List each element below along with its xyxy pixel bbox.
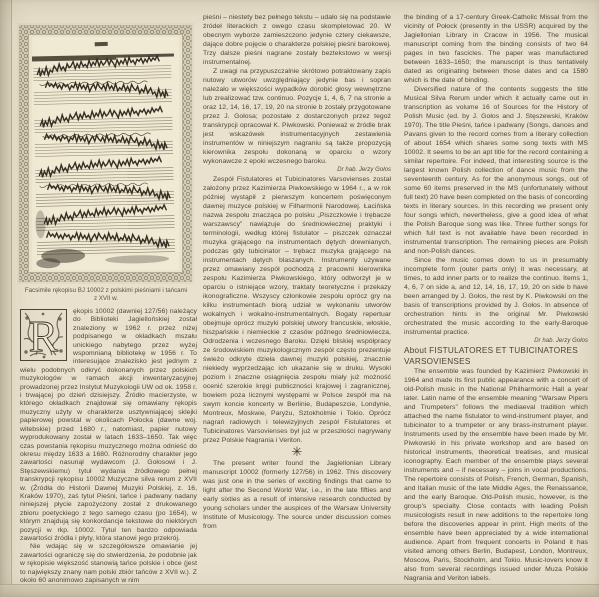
- right-paragraph-4: The ensemble was founded by Kazimierz Pi…: [404, 367, 588, 583]
- right-text-column: the binding of a 17-century Greek-Cathol…: [404, 13, 588, 583]
- manuscript-facsimile-photo: [17, 23, 194, 284]
- sleeve-spine-fold: [0, 0, 12, 597]
- right-paragraph-3: Since the music comes down to us in pres…: [404, 256, 588, 337]
- facsimile-caption-line2: z XVII w.: [10, 295, 202, 303]
- section-divider-asterisk: ✳: [203, 445, 391, 459]
- middle-text-column: pieśni – niestety bez pełnego tekstu – u…: [203, 13, 391, 531]
- woodcut-initial-R: R: [20, 309, 67, 361]
- middle-paragraph-3: Zespół Fistulatores et Tubicinatores Var…: [203, 175, 391, 445]
- sleeve-bottom-fold: [0, 584, 599, 597]
- right-paragraph-1: the binding of a 17-century Greek-Cathol…: [404, 13, 588, 85]
- drop-cap-letter: R: [29, 312, 59, 361]
- facsimile-caption: Facsimile rękopisu BJ 10002 z polskimi p…: [10, 287, 202, 304]
- album-back-cover: Facsimile rękopisu BJ 10002 z polskimi p…: [0, 0, 599, 597]
- author-signature-english: Dr hab. Jerzy Gołos: [404, 337, 588, 346]
- left-paragraph-1: R ękopis 10002 (dawniej 127/56) należący…: [20, 308, 197, 543]
- author-signature: Dr hab. Jerzy Gołos: [203, 166, 391, 175]
- right-paragraph-2: Diversified nature of the contents sugge…: [404, 85, 588, 256]
- left-paragraph-2: Nie wdając się w szczegółowsze omawianie…: [20, 543, 197, 585]
- middle-paragraph-4: The present writer found the Jagiellonia…: [203, 459, 391, 531]
- about-ensemble-heading: About FISTULATORES ET TUBICINATORES VARS…: [404, 346, 588, 367]
- middle-paragraph-2: Z uwagi na przypuszczalnie skrótowo potr…: [203, 67, 391, 166]
- facsimile-caption-line1: Facsimile rękopisu BJ 10002 z polskimi p…: [10, 287, 202, 295]
- left-text-column: R ękopis 10002 (dawniej 127/56) należący…: [20, 308, 197, 585]
- manuscript-facsimile-image: [17, 23, 194, 284]
- middle-paragraph-1: pieśni – niestety bez pełnego tekstu – u…: [203, 13, 391, 67]
